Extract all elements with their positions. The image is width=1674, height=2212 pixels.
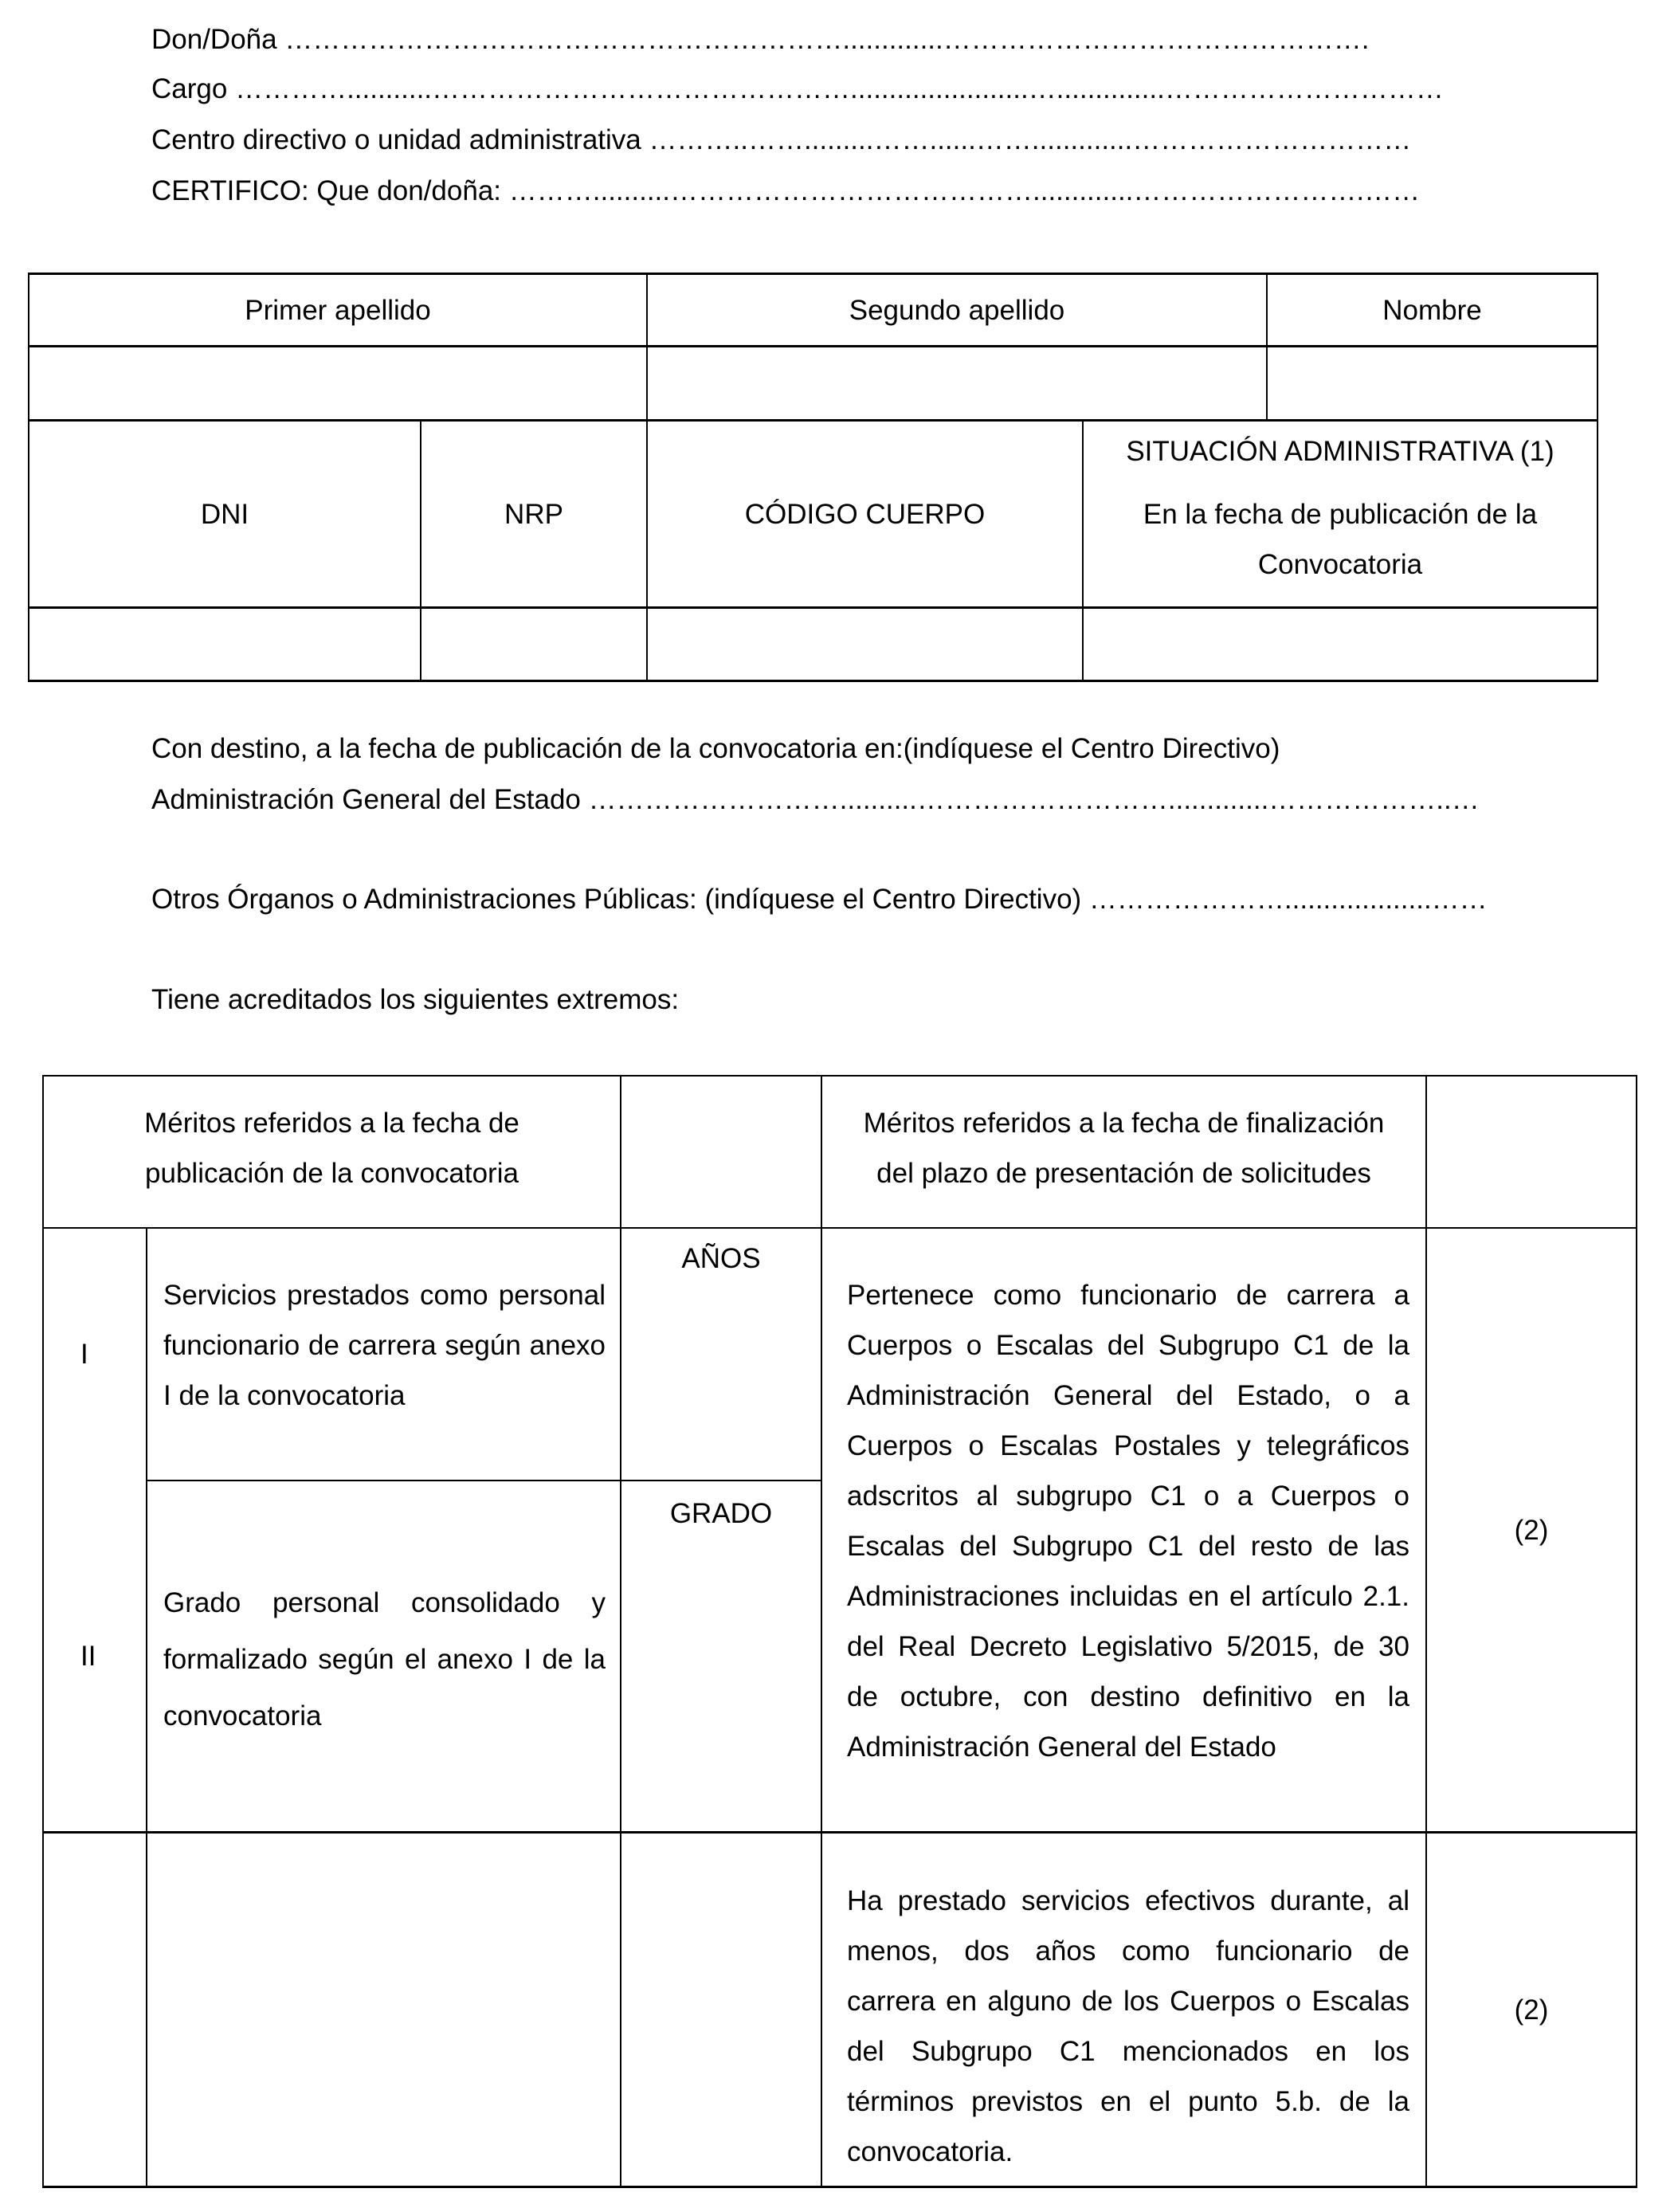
input-codigo-cuerpo[interactable] [648, 609, 1082, 680]
field-age: Administración General del Estado ………………… [151, 784, 1480, 816]
input-nombre[interactable] [1268, 347, 1597, 419]
acreditados-intro: Tiene acreditados los siguientes extremo… [151, 984, 679, 1016]
header-segundo-apellido: Segundo apellido [648, 275, 1266, 345]
row-empty-unit [621, 1834, 821, 2186]
field-label: Otros Órganos o Administraciones Pública… [151, 884, 1081, 915]
header-line: Méritos referidos a la fecha de [44, 1108, 620, 1139]
table-border [42, 1227, 1637, 1229]
note-reference-2: (2) [1427, 1834, 1636, 2186]
header-primer-apellido: Primer apellido [29, 275, 646, 345]
field-label: Don/Doña [151, 24, 277, 55]
situacion-subtitle-1: En la fecha de publicación de la [1084, 499, 1597, 531]
situacion-title: SITUACIÓN ADMINISTRATIVA (1) [1084, 436, 1597, 468]
input-situacion-administrativa[interactable] [1084, 609, 1597, 680]
field-don-dona: Don/Doña ……………………………………………………...........… [151, 24, 1369, 56]
header-line: Méritos referidos a la fecha de finaliza… [822, 1108, 1425, 1139]
fill-dots[interactable]: …………………...................…… [1089, 884, 1488, 915]
field-certifico: CERTIFICO: Que don/doña: ………..........……… [151, 175, 1420, 207]
table-border [42, 2186, 1637, 2188]
field-label: Centro directivo o unidad administrativa [151, 124, 641, 155]
header-line: del plazo de presentación de solicitudes [822, 1158, 1425, 1190]
table-border [1636, 1075, 1637, 2188]
table-border [821, 1075, 822, 2188]
row-ii-description: Grado personal consolidado y formalizado… [163, 1575, 606, 1744]
header-nombre: Nombre [1268, 275, 1597, 345]
header-codigo-cuerpo: CÓDIGO CUERPO [648, 422, 1082, 606]
destino-intro: Con destino, a la fecha de publicación d… [151, 733, 1280, 765]
row-number-empty [44, 1834, 146, 2186]
header-meritos-publicacion: Méritos referidos a la fecha de publicac… [44, 1077, 620, 1227]
field-otros-organos: Otros Órganos o Administraciones Pública… [151, 884, 1488, 916]
field-cargo: Cargo …………...........………………………………………....… [151, 73, 1444, 105]
note-reference-2: (2) [1427, 1229, 1636, 1831]
header-meritos-finalizacion: Méritos referidos a la fecha de finaliza… [822, 1077, 1425, 1227]
fill-dots[interactable]: ………..........………………………………….............…… [509, 175, 1420, 206]
row-i-description: Servicios prestados como personal funcio… [163, 1270, 606, 1421]
field-label: Cargo [151, 73, 227, 104]
row-number-i: I [44, 1229, 146, 1480]
header-situacion-administrativa: SITUACIÓN ADMINISTRATIVA (1) En la fecha… [1084, 422, 1597, 606]
input-dni[interactable] [29, 609, 420, 680]
header-nrp: NRP [421, 422, 646, 606]
fill-dots[interactable]: ………………………..........………………………............… [589, 784, 1480, 815]
field-label: CERTIFICO: Que don/doña: [151, 175, 501, 206]
row-ii-unit-label: GRADO [621, 1498, 821, 1530]
input-primer-apellido[interactable] [29, 347, 646, 419]
table-border [28, 680, 1598, 682]
fill-dots[interactable]: …………...........………………………………………..........… [235, 73, 1444, 104]
field-centro-directivo: Centro directivo o unidad administrativa… [151, 124, 1411, 156]
row-number-ii: II [44, 1481, 146, 1831]
situacion-subtitle-2: Convocatoria [1084, 549, 1597, 581]
row-empty-description [147, 1834, 620, 2186]
field-label: Administración General del Estado [151, 784, 581, 815]
input-nrp[interactable] [421, 609, 646, 680]
table-border [146, 1480, 821, 1481]
input-segundo-apellido[interactable] [648, 347, 1266, 419]
header-line: publicación de la convocatoria [44, 1158, 620, 1190]
header-dni: DNI [29, 422, 420, 606]
row-i-unit-label: AÑOS [621, 1243, 821, 1275]
fill-dots[interactable]: ………..…….........……......…….............…… [649, 124, 1412, 155]
table-border [1597, 273, 1598, 682]
requirement-servicios-efectivos: Ha prestado servicios efectivos durante,… [847, 1876, 1409, 2177]
requirement-pertenece: Pertenece como funcionario de carrera a … [847, 1270, 1409, 1772]
fill-dots[interactable]: …………………………………………………….............…………………… [284, 24, 1369, 55]
